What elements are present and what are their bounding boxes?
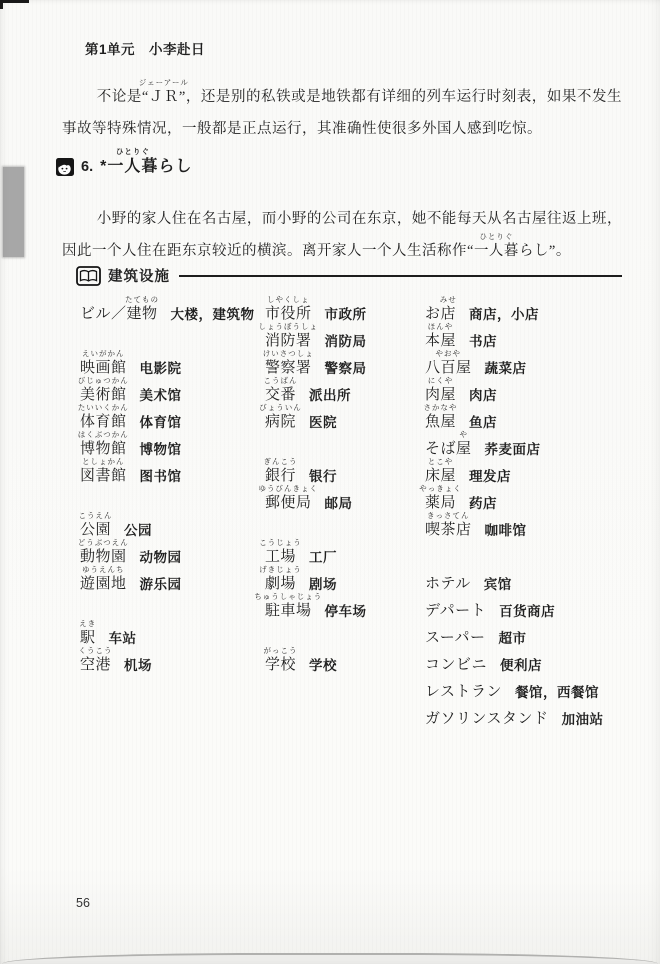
vocab-entry: きっさてん喫茶店咖啡馆 — [425, 512, 630, 539]
furigana: さかなや — [424, 404, 458, 412]
furigana: とこや — [428, 458, 454, 466]
vocab-empty-cell — [80, 323, 265, 350]
intro-paragraph: 不论是“ジェーアールＪＲ”，还是别的私铁或是地铁都有详细的列车运行时刻表，如果不… — [62, 81, 622, 145]
kanji-with-furigana: きっさてん喫茶店 — [425, 518, 472, 539]
kanji-with-furigana: びじゅつかん美術館 — [80, 383, 127, 404]
vocab-japanese: そばや屋 — [425, 437, 472, 458]
vocab-japanese: ちゅうしゃじょう駐車場 — [265, 599, 312, 620]
vocab-chinese: 工厂 — [309, 546, 337, 566]
kanji-with-furigana: けいさつしょ警察署 — [265, 356, 312, 377]
furigana: えき — [79, 620, 96, 628]
vocab-section-header: 建筑设施 — [76, 265, 622, 286]
vocab-empty-cell — [80, 485, 265, 512]
vocab-entry: こうじょう工場工厂 — [265, 539, 425, 566]
open-book-icon — [76, 266, 101, 286]
vocab-chinese: 市政所 — [325, 303, 367, 323]
kanji-with-furigana: さかなや魚屋 — [425, 410, 456, 431]
vocab-entry: おみせ店商店，小店 — [425, 296, 630, 323]
kanji-with-furigana: しょうぼうしょ消防署 — [265, 329, 312, 350]
vocab-japanese: スーパー — [425, 626, 486, 647]
kanji-with-furigana: こうじょう工場 — [265, 545, 296, 566]
vocab-japanese: コンビニ — [425, 653, 487, 674]
vocab-empty-cell — [80, 701, 265, 728]
vocab-chinese: 银行 — [309, 465, 337, 485]
furigana: しやくしょ — [267, 296, 310, 304]
vocab-entry: そばや屋荞麦面店 — [425, 431, 630, 458]
furigana: ぎんこう — [264, 458, 298, 466]
kanji-with-furigana: ゆうびんきょく郵便局 — [265, 491, 312, 512]
kanji-with-furigana: ちゅうしゃじょう駐車場 — [265, 599, 312, 620]
furigana: やおや — [436, 350, 462, 358]
vocab-japanese: えいがかん映画館 — [80, 356, 127, 377]
furigana: や — [460, 431, 469, 439]
vocab-grid: ビル／たてもの建物大楼，建筑物しやくしょ市役所市政所おみせ店商店，小店しょうぼう… — [80, 296, 630, 728]
vocab-chinese: 荞麦面店 — [485, 438, 541, 458]
kanji-with-furigana: としょかん図書館 — [80, 464, 127, 485]
vocab-entry: ビル／たてもの建物大楼，建筑物 — [80, 296, 265, 323]
vocab-entry: しょうぼうしょ消防署消防局 — [265, 323, 425, 350]
vocab-chinese: 机场 — [124, 654, 152, 674]
section-rule — [179, 275, 622, 277]
vocab-empty-cell — [425, 539, 630, 566]
vocab-entry: びじゅつかん美術館美术馆 — [80, 377, 265, 404]
vocab-chinese: 图书馆 — [140, 465, 182, 485]
vocab-entry: デパート百货商店 — [425, 593, 630, 620]
vocab-entry: びょういん病院医院 — [265, 404, 425, 431]
vocab-chinese: 体育馆 — [140, 411, 182, 431]
vocab-japanese: くうこう空港 — [80, 653, 111, 674]
furigana: ほんや — [428, 323, 454, 331]
vocab-entry: としょかん図書館图书馆 — [80, 458, 265, 485]
vocab-chinese: 消防局 — [325, 330, 367, 350]
vocab-entry: こうばん交番派出所 — [265, 377, 425, 404]
vocab-chinese: 派出所 — [309, 384, 351, 404]
vocab-chinese: 车站 — [109, 627, 137, 647]
vocab-chinese: 大楼，建筑物 — [171, 303, 255, 323]
furigana: ゆうえんち — [82, 566, 125, 574]
furigana: にくや — [428, 377, 454, 385]
vocab-chinese: 咖啡馆 — [485, 519, 527, 539]
vocab-entry: ほんや本屋书店 — [425, 323, 630, 350]
body-text-tail: らし”。 — [519, 243, 571, 259]
vocab-japanese: ホテル — [425, 572, 471, 593]
vocab-japanese: こうばん交番 — [265, 383, 296, 404]
vocab-entry: レストラン餐馆，西餐馆 — [425, 674, 630, 701]
kanji-with-furigana: こうえん公園 — [80, 518, 111, 539]
vocab-chinese: 电影院 — [140, 357, 182, 377]
kanji-with-furigana: しやくしょ市役所 — [265, 302, 312, 323]
kanji-with-furigana: はくぶつかん博物館 — [80, 437, 127, 458]
furigana: ひとりぐ — [116, 148, 150, 156]
vocab-entry: けいさつしょ警察署警察局 — [265, 350, 425, 377]
furigana: しょうぼうしょ — [259, 323, 319, 331]
vocab-japanese: がっこう学校 — [265, 653, 296, 674]
vocab-japanese: はくぶつかん博物館 — [80, 437, 127, 458]
vocab-chinese: 停车场 — [325, 600, 367, 620]
vocab-japanese: どうぶつえん動物園 — [80, 545, 127, 566]
vocab-chinese: 鱼店 — [469, 411, 497, 431]
furigana: ジェーアール — [139, 79, 189, 87]
vocab-empty-cell — [265, 512, 425, 539]
title-with-furigana: ひとりぐ一人暮 — [107, 153, 158, 176]
vocab-entry: えき駅车站 — [80, 620, 265, 647]
furigana: びじゅつかん — [78, 377, 129, 385]
vocab-chinese: 餐馆，西餐馆 — [515, 681, 599, 701]
furigana: たいいくかん — [78, 404, 129, 412]
vocab-japanese: たいいくかん体育館 — [80, 410, 127, 431]
furigana: けいさつしょ — [263, 350, 314, 358]
vocab-chinese: 美术馆 — [140, 384, 182, 404]
vocab-entry: ガソリンスタンド加油站 — [425, 701, 630, 728]
vocab-entry: とこや床屋理发店 — [425, 458, 630, 485]
vocab-entry: こうえん公園公园 — [80, 512, 265, 539]
vocab-chinese: 公园 — [124, 519, 152, 539]
vocab-entry: がっこう学校学校 — [265, 647, 425, 674]
kanji-with-furigana: みせ店 — [441, 302, 457, 323]
vocab-chinese: 便利店 — [500, 654, 542, 674]
vocab-japanese: ガソリンスタンド — [425, 707, 549, 728]
vocab-japanese: しょうぼうしょ消防署 — [265, 329, 312, 350]
section-6-heading: 6. *ひとりぐ一人暮らし — [56, 153, 192, 176]
vocab-chinese: 宾馆 — [484, 573, 512, 593]
vocab-entry: たいいくかん体育館体育馆 — [80, 404, 265, 431]
vocab-chinese: 书店 — [469, 330, 497, 350]
vocab-entry: えいがかん映画館电影院 — [80, 350, 265, 377]
furigana: はくぶつかん — [78, 431, 129, 439]
vocab-entry: さかなや魚屋鱼店 — [425, 404, 630, 431]
vocab-entry: やっきょく薬局药店 — [425, 485, 630, 512]
vocab-japanese: さかなや魚屋 — [425, 410, 456, 431]
furigana: こうばん — [264, 377, 298, 385]
furigana: たてもの — [125, 296, 159, 304]
kanji-with-furigana: たいいくかん体育館 — [80, 410, 127, 431]
kanji-with-furigana: くうこう空港 — [80, 653, 111, 674]
vocab-empty-cell — [80, 674, 265, 701]
vocab-entry: ホテル宾馆 — [425, 566, 630, 593]
vocab-chinese: 商店，小店 — [469, 303, 539, 323]
vocab-entry: げきじょう劇場剧场 — [265, 566, 425, 593]
vocab-japanese: デパート — [425, 599, 486, 620]
vocab-entry: コンビニ便利店 — [425, 647, 630, 674]
vocab-chinese: 药店 — [469, 492, 497, 512]
vocab-japanese: けいさつしょ警察署 — [265, 356, 312, 377]
vocab-japanese: としょかん図書館 — [80, 464, 127, 485]
kanji-with-furigana: がっこう学校 — [265, 653, 296, 674]
kanji-with-furigana: えき駅 — [80, 626, 96, 647]
vocab-empty-cell — [265, 431, 425, 458]
vocab-entry: くうこう空港机场 — [80, 647, 265, 674]
section-title: *ひとりぐ一人暮らし — [100, 153, 192, 176]
kanji-with-furigana: げきじょう劇場 — [265, 572, 296, 593]
furigana: きっさてん — [427, 512, 470, 520]
chapter-edge-tab — [3, 167, 24, 257]
vocab-entry: しやくしょ市役所市政所 — [265, 296, 425, 323]
vocab-japanese: げきじょう劇場 — [265, 572, 296, 593]
vocab-japanese: にくや肉屋 — [425, 383, 456, 404]
section-6-paragraph: 小野的家人住在名古屋，而小野的公司在东京，她不能每天从名古屋往返上班，因此一个人… — [62, 203, 622, 267]
vocab-japanese: レストラン — [425, 680, 502, 701]
furigana: こうじょう — [259, 539, 302, 547]
vocab-japanese: えき駅 — [80, 626, 96, 647]
scan-artifact-corner — [0, 0, 3, 9]
vocab-empty-cell — [80, 593, 265, 620]
vocab-empty-cell — [265, 674, 425, 701]
vocab-japanese: びょういん病院 — [265, 410, 296, 431]
kanji-with-furigana: ゆうえんち遊園地 — [80, 572, 127, 593]
furigana: がっこう — [264, 647, 298, 655]
vocab-chinese: 超市 — [499, 627, 527, 647]
vocab-chinese: 博物馆 — [140, 438, 182, 458]
kanji-with-furigana: ほんや本屋 — [425, 329, 456, 350]
page-number: 56 — [76, 896, 90, 910]
vocab-japanese: こうじょう工場 — [265, 545, 296, 566]
furigana: びょういん — [259, 404, 302, 412]
vocab-japanese: しやくしょ市役所 — [265, 302, 312, 323]
kanji-with-furigana: やっきょく薬局 — [425, 491, 456, 512]
vocab-chinese: 警察局 — [325, 357, 367, 377]
furigana: みせ — [440, 296, 457, 304]
title-kanji: 一人暮 — [107, 158, 158, 175]
vocab-japanese: きっさてん喫茶店 — [425, 518, 472, 539]
furigana: としょかん — [82, 458, 125, 466]
furigana: こうえん — [79, 512, 113, 520]
furigana: くうこう — [79, 647, 113, 655]
vocab-japanese: やおや八百屋 — [425, 356, 472, 377]
kanji-with-furigana: や屋 — [456, 437, 472, 458]
jr-with-furigana: ジェーアールＪＲ — [149, 81, 179, 113]
vocab-chinese: 游乐园 — [140, 573, 182, 593]
vocab-entry: ぎんこう銀行银行 — [265, 458, 425, 485]
vocab-japanese: ほんや本屋 — [425, 329, 456, 350]
vocab-japanese: おみせ店 — [425, 302, 456, 323]
vocab-japanese: ぎんこう銀行 — [265, 464, 296, 485]
vocab-japanese: ゆうえんち遊園地 — [80, 572, 127, 593]
vocab-entry: スーパー超市 — [425, 620, 630, 647]
vocab-empty-cell — [265, 701, 425, 728]
vocab-chinese: 加油站 — [562, 708, 604, 728]
kanji-with-furigana: やおや八百屋 — [425, 356, 472, 377]
kanji-with-furigana: ぎんこう銀行 — [265, 464, 296, 485]
kanji-with-furigana: たてもの建物 — [127, 302, 158, 323]
vocab-entry: ゆうびんきょく郵便局邮局 — [265, 485, 425, 512]
vocab-section-title: 建筑设施 — [108, 265, 170, 286]
scan-artifact-top — [0, 0, 29, 3]
vocab-chinese: 医院 — [309, 411, 337, 431]
title-kana: らし — [158, 158, 192, 175]
vocab-chinese: 动物园 — [140, 546, 182, 566]
kanji-with-furigana: こうばん交番 — [265, 383, 296, 404]
vocab-chinese: 剧场 — [309, 573, 337, 593]
furigana: ゆうびんきょく — [259, 485, 319, 493]
vocab-chinese: 百货商店 — [499, 600, 555, 620]
furigana: やっきょく — [419, 485, 462, 493]
vocab-japanese: やっきょく薬局 — [425, 491, 456, 512]
furigana: ちゅうしゃじょう — [254, 593, 322, 601]
face-icon — [56, 158, 74, 176]
vocab-chinese: 邮局 — [325, 492, 353, 512]
intro-text-pre: 不论是“ — [97, 89, 149, 105]
kanji-with-furigana: えいがかん映画館 — [80, 356, 127, 377]
page-bottom-shadow — [2, 953, 658, 964]
hitorigurashi-with-furigana: ひとりぐ一人暮 — [474, 235, 519, 267]
vocab-entry: やおや八百屋蔬菜店 — [425, 350, 630, 377]
vocab-japanese: こうえん公園 — [80, 518, 111, 539]
jr-text: ＪＲ — [149, 89, 179, 105]
kanji-with-furigana: とこや床屋 — [425, 464, 456, 485]
section-number: 6. — [81, 159, 93, 176]
body-kanji: 一人暮 — [474, 243, 519, 259]
vocab-chinese: 学校 — [309, 654, 337, 674]
vocab-entry: にくや肉屋肉店 — [425, 377, 630, 404]
furigana: げきじょう — [259, 566, 302, 574]
furigana: ひとりぐ — [479, 233, 513, 241]
vocab-entry: はくぶつかん博物館博物馆 — [80, 431, 265, 458]
vocab-entry: ゆうえんち遊園地游乐园 — [80, 566, 265, 593]
vocab-entry: ちゅうしゃじょう駐車場停车场 — [265, 593, 425, 620]
vocab-chinese: 蔬菜店 — [485, 357, 527, 377]
unit-header: 第1单元 小李赴日 — [85, 38, 205, 58]
vocab-japanese: ゆうびんきょく郵便局 — [265, 491, 312, 512]
vocab-japanese: ビル／たてもの建物 — [80, 302, 158, 323]
vocab-empty-cell — [265, 620, 425, 647]
vocab-chinese: 肉店 — [469, 384, 497, 404]
vocab-entry: どうぶつえん動物園动物园 — [80, 539, 265, 566]
vocab-japanese: とこや床屋 — [425, 464, 456, 485]
kanji-with-furigana: どうぶつえん動物園 — [80, 545, 127, 566]
furigana: どうぶつえん — [78, 539, 129, 547]
asterisk: * — [100, 158, 107, 175]
vocab-japanese: びじゅつかん美術館 — [80, 383, 127, 404]
furigana: えいがかん — [82, 350, 125, 358]
kanji-with-furigana: びょういん病院 — [265, 410, 296, 431]
vocab-chinese: 理发店 — [469, 465, 511, 485]
kanji-with-furigana: にくや肉屋 — [425, 383, 456, 404]
